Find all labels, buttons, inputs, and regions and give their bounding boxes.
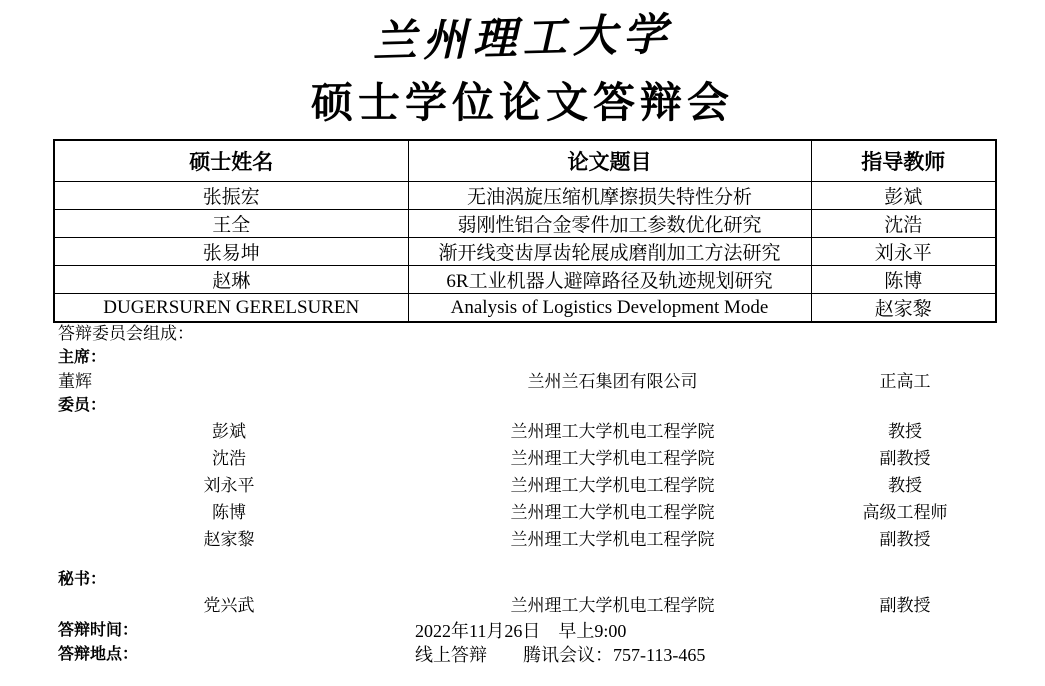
member-title: 教授: [825, 472, 985, 499]
secretary-row: 党兴武 兰州理工大学机电工程学院 副教授: [0, 592, 1045, 619]
university-logo-calligraphy: 兰州理工大学: [0, 0, 1045, 80]
member-affiliation: 兰州理工大学机电工程学院: [400, 526, 825, 553]
chair-label: 主席：: [0, 346, 1045, 370]
member-title: 副教授: [825, 445, 985, 472]
members-label: 委员：: [0, 394, 1045, 418]
committee-section: 答辩委员会组成： 主席： 董辉 兰州兰石集团有限公司 正高工 委员： 彭斌 兰州…: [0, 322, 1045, 667]
thesis-title: 无油涡旋压缩机摩擦损失特性分析: [408, 182, 811, 210]
table-header-row: 硕士姓名 论文题目 指导教师: [54, 140, 996, 182]
defense-location-row: 答辩地点： 线上答辩 腾讯会议：757-113-465: [0, 643, 1045, 667]
advisor-name: 陈博: [811, 266, 996, 294]
advisor-name: 彭斌: [811, 182, 996, 210]
defense-time-label: 答辩时间：: [58, 619, 415, 643]
advisor-name: 赵家黎: [811, 294, 996, 323]
student-name: 张易坤: [54, 238, 408, 266]
section-spacer: [0, 553, 1045, 568]
thesis-title: 渐开线变齿厚齿轮展成磨削加工方法研究: [408, 238, 811, 266]
defense-location-value: 线上答辩 腾讯会议：757-113-465: [415, 643, 1045, 667]
advisor-name: 刘永平: [811, 238, 996, 266]
table-row: DUGERSUREN GERELSUREN Analysis of Logist…: [54, 294, 996, 323]
member-row: 刘永平 兰州理工大学机电工程学院 教授: [0, 472, 1045, 499]
chair-name: 董辉: [58, 370, 400, 394]
secretary-title: 副教授: [825, 592, 985, 619]
member-name: 赵家黎: [58, 526, 400, 553]
advisor-name: 沈浩: [811, 210, 996, 238]
page-title: 硕士学位论文答辩会: [0, 70, 1045, 130]
table-row: 赵琳 6R工业机器人避障路径及轨迹规划研究 陈博: [54, 266, 996, 294]
column-header-advisor: 指导教师: [811, 140, 996, 182]
defense-time-row: 答辩时间： 2022年11月26日 早上9:00: [0, 619, 1045, 643]
table-row: 张振宏 无油涡旋压缩机摩擦损失特性分析 彭斌: [54, 182, 996, 210]
chair-row: 董辉 兰州兰石集团有限公司 正高工: [0, 370, 1045, 394]
secretary-affiliation: 兰州理工大学机电工程学院: [400, 592, 825, 619]
secretary-label: 秘书：: [0, 568, 1045, 592]
column-header-thesis-title: 论文题目: [408, 140, 811, 182]
student-name: 赵琳: [54, 266, 408, 294]
chair-title: 正高工: [825, 370, 985, 394]
student-name: 王全: [54, 210, 408, 238]
committee-section-title: 答辩委员会组成：: [0, 322, 1045, 346]
member-name: 刘永平: [58, 472, 400, 499]
member-affiliation: 兰州理工大学机电工程学院: [400, 499, 825, 526]
member-name: 陈博: [58, 499, 400, 526]
secretary-name: 党兴武: [58, 592, 400, 619]
defense-time-value: 2022年11月26日 早上9:00: [415, 619, 1045, 643]
thesis-title: 弱刚性铝合金零件加工参数优化研究: [408, 210, 811, 238]
student-name: DUGERSUREN GERELSUREN: [54, 294, 408, 323]
member-affiliation: 兰州理工大学机电工程学院: [400, 418, 825, 445]
member-affiliation: 兰州理工大学机电工程学院: [400, 472, 825, 499]
thesis-title: Analysis of Logistics Development Mode: [408, 294, 811, 323]
table-row: 张易坤 渐开线变齿厚齿轮展成磨削加工方法研究 刘永平: [54, 238, 996, 266]
member-row: 赵家黎 兰州理工大学机电工程学院 副教授: [0, 526, 1045, 553]
member-title: 副教授: [825, 526, 985, 553]
member-row: 彭斌 兰州理工大学机电工程学院 教授: [0, 418, 1045, 445]
chair-affiliation: 兰州兰石集团有限公司: [400, 370, 825, 394]
member-title: 高级工程师: [825, 499, 985, 526]
student-name: 张振宏: [54, 182, 408, 210]
candidates-table: 硕士姓名 论文题目 指导教师 张振宏 无油涡旋压缩机摩擦损失特性分析 彭斌 王全…: [53, 139, 997, 323]
member-name: 彭斌: [58, 418, 400, 445]
member-row: 沈浩 兰州理工大学机电工程学院 副教授: [0, 445, 1045, 472]
defense-announcement-document: 兰州理工大学 硕士学位论文答辩会 硕士姓名 论文题目 指导教师 张振宏 无油涡旋…: [0, 0, 1045, 686]
member-affiliation: 兰州理工大学机电工程学院: [400, 445, 825, 472]
table-row: 王全 弱刚性铝合金零件加工参数优化研究 沈浩: [54, 210, 996, 238]
member-name: 沈浩: [58, 445, 400, 472]
defense-location-label: 答辩地点：: [58, 643, 415, 667]
member-title: 教授: [825, 418, 985, 445]
column-header-student-name: 硕士姓名: [54, 140, 408, 182]
member-row: 陈博 兰州理工大学机电工程学院 高级工程师: [0, 499, 1045, 526]
thesis-title: 6R工业机器人避障路径及轨迹规划研究: [408, 266, 811, 294]
